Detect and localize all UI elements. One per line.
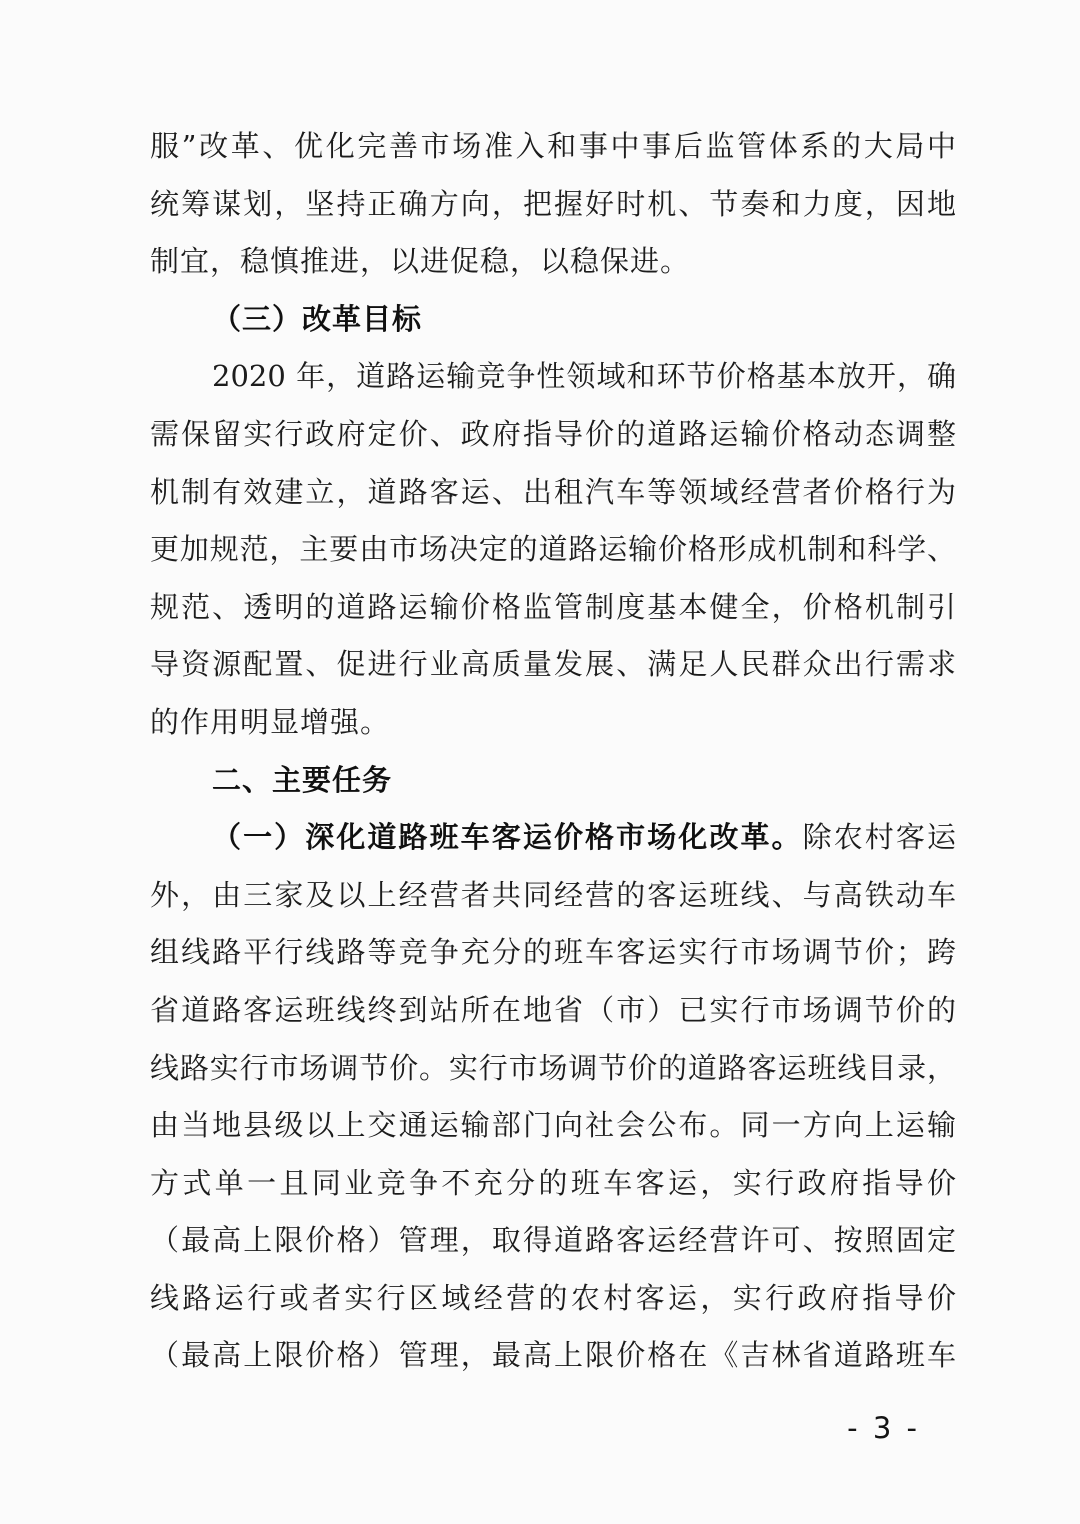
text-line: 更加规范，主要由市场决定的道路运输价格形成机制和科学、	[150, 521, 956, 579]
text-line: 的作用明显增强。	[150, 694, 956, 752]
text-run: 需保留实行政府定价、政府指导价的道路运输价格动态调整	[150, 417, 956, 451]
text-run: （一）深化道路班车客运价格市场化改革。	[212, 820, 803, 854]
text-run: 统筹谋划，坚持正确方向，把握好时机、节奏和力度，因地	[150, 187, 956, 221]
text-run: （最高上限价格）管理，取得道路客运经营许可、按照固定	[150, 1223, 956, 1257]
text-line: 2020 年，道路运输竞争性领域和环节价格基本放开，确	[150, 348, 956, 406]
text-run: 2020 年，道路运输竞争性领域和环节价格基本放开，确	[212, 359, 956, 393]
text-line: 统筹谋划，坚持正确方向，把握好时机、节奏和力度，因地	[150, 176, 956, 234]
text-line: （最高上限价格）管理，最高上限价格在《吉林省道路班车	[150, 1327, 956, 1385]
text-run: 制宜，稳慎推进，以进促稳，以稳保进。	[150, 244, 690, 278]
text-line: （三）改革目标	[150, 291, 956, 349]
text-run: 机制有效建立，道路客运、出租汽车等领域经营者价格行为	[150, 475, 956, 509]
text-run: 服”改革、优化完善市场准入和事中事后监管体系的大局中	[150, 129, 956, 163]
text-line: 外，由三家及以上经营者共同经营的客运班线、与高铁动车	[150, 867, 956, 925]
text-run: 组线路平行线路等竞争充分的班车客运实行市场调节价；跨	[150, 935, 956, 969]
text-line: 方式单一且同业竞争不充分的班车客运，实行政府指导价	[150, 1155, 956, 1213]
page-number: - 3 -	[847, 1406, 920, 1450]
text-line: 线路实行市场调节价。实行市场调节价的道路客运班线目录，	[150, 1040, 956, 1098]
text-run: （三）改革目标	[212, 302, 422, 336]
text-run: 方式单一且同业竞争不充分的班车客运，实行政府指导价	[150, 1166, 956, 1200]
text-line: （一）深化道路班车客运价格市场化改革。除农村客运	[150, 809, 956, 867]
text-run: 更加规范，主要由市场决定的道路运输价格形成机制和科学、	[150, 532, 956, 566]
text-line: 需保留实行政府定价、政府指导价的道路运输价格动态调整	[150, 406, 956, 464]
text-line: （最高上限价格）管理，取得道路客运经营许可、按照固定	[150, 1212, 956, 1270]
text-run: 除农村客运	[803, 820, 956, 854]
text-line: 线路运行或者实行区域经营的农村客运，实行政府指导价	[150, 1270, 956, 1328]
text-run: （最高上限价格）管理，最高上限价格在《吉林省道路班车	[150, 1338, 956, 1372]
text-run: 线路运行或者实行区域经营的农村客运，实行政府指导价	[150, 1281, 956, 1315]
text-run: 外，由三家及以上经营者共同经营的客运班线、与高铁动车	[150, 878, 956, 912]
text-run: 导资源配置、促进行业高质量发展、满足人民群众出行需求	[150, 647, 956, 681]
text-line: 二、主要任务	[150, 752, 956, 810]
text-line: 导资源配置、促进行业高质量发展、满足人民群众出行需求	[150, 636, 956, 694]
text-block: 服”改革、优化完善市场准入和事中事后监管体系的大局中统筹谋划，坚持正确方向，把握…	[150, 118, 956, 1385]
text-run: 二、主要任务	[212, 763, 392, 797]
text-line: 规范、透明的道路运输价格监管制度基本健全，价格机制引	[150, 579, 956, 637]
text-run: 规范、透明的道路运输价格监管制度基本健全，价格机制引	[150, 590, 956, 624]
text-run: 线路实行市场调节价。实行市场调节价的道路客运班线目录，	[150, 1051, 956, 1085]
text-run: 的作用明显增强。	[150, 705, 390, 739]
text-line: 服”改革、优化完善市场准入和事中事后监管体系的大局中	[150, 118, 956, 176]
text-line: 省道路客运班线终到站所在地省（市）已实行市场调节价的	[150, 982, 956, 1040]
text-line: 组线路平行线路等竞争充分的班车客运实行市场调节价；跨	[150, 924, 956, 982]
text-run: 由当地县级以上交通运输部门向社会公布。同一方向上运输	[150, 1108, 956, 1142]
text-line: 制宜，稳慎推进，以进促稳，以稳保进。	[150, 233, 956, 291]
text-line: 机制有效建立，道路客运、出租汽车等领域经营者价格行为	[150, 464, 956, 522]
document-page: 服”改革、优化完善市场准入和事中事后监管体系的大局中统筹谋划，坚持正确方向，把握…	[0, 0, 1080, 1524]
text-line: 由当地县级以上交通运输部门向社会公布。同一方向上运输	[150, 1097, 956, 1155]
text-run: 省道路客运班线终到站所在地省（市）已实行市场调节价的	[150, 993, 956, 1027]
